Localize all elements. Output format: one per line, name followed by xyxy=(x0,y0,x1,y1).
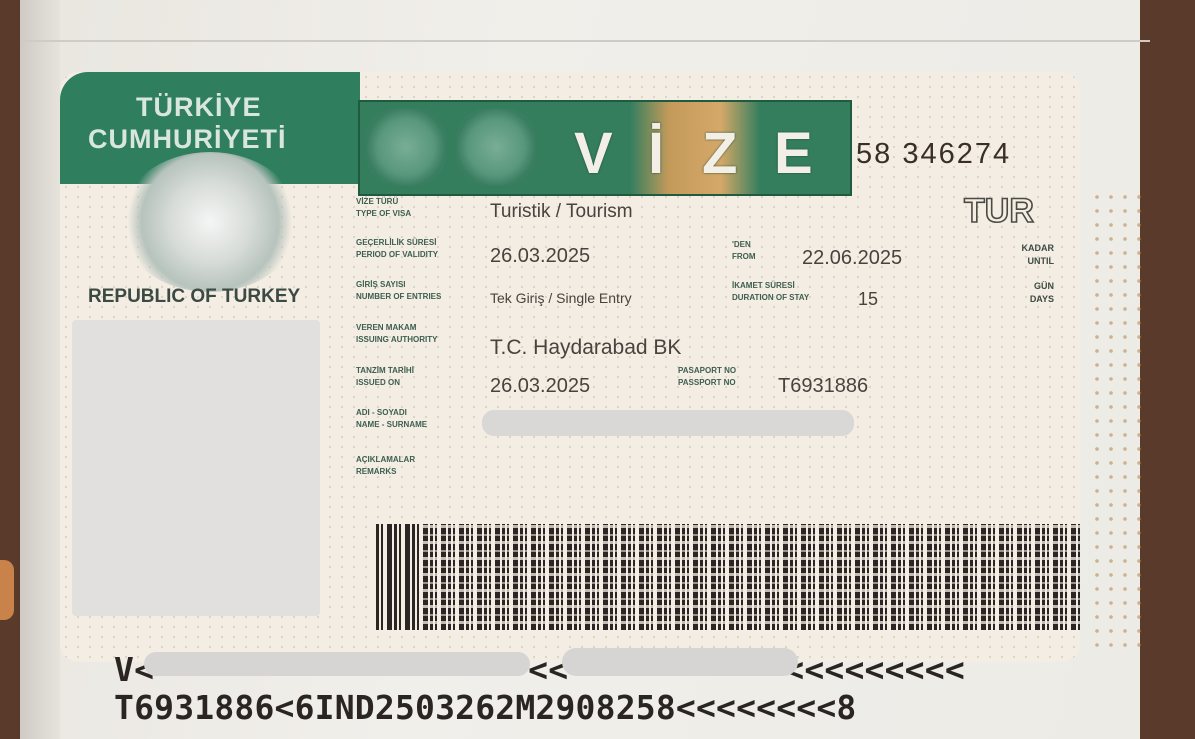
from-label-tr: 'DEN xyxy=(732,239,756,251)
finger-edge xyxy=(0,560,14,620)
mrz-line1-suffix: <<<<<<<<< xyxy=(784,650,965,689)
page-gutter xyxy=(20,0,60,739)
days-label-en: DAYS xyxy=(1030,293,1054,306)
vize-title-strip: V İ Z E xyxy=(358,100,852,196)
country-name-english: REPUBLIC OF TURKEY xyxy=(88,286,300,308)
country-name-line2: CUMHURİYETİ xyxy=(88,124,287,155)
authority-value: T.C. Haydarabad BK xyxy=(490,336,681,360)
vize-letter-v: V xyxy=(574,120,615,187)
until-label-en: UNTIL xyxy=(1022,255,1055,268)
entries-label-en: NUMBER OF ENTRIES xyxy=(356,291,441,303)
country-name-line1: TÜRKİYE xyxy=(136,92,262,123)
passport-no-label-en: PASSPORT NO xyxy=(678,377,736,389)
issued-on-label-en: ISSUED ON xyxy=(356,377,414,389)
validity-label-tr: GEÇERLİLİK SÜRESİ xyxy=(356,237,438,249)
duration-value: 15 xyxy=(858,289,878,310)
issued-on-label-tr: TANZİM TARİHİ xyxy=(356,365,414,377)
passport-no-label-tr: PASAPORT NO xyxy=(678,365,736,377)
until-label-tr: KADAR xyxy=(1022,242,1055,255)
visa-type-label-tr: VİZE TÜRÜ xyxy=(356,196,411,208)
duration-label-tr: İKAMET SÜRESİ xyxy=(732,280,809,292)
remarks-label-tr: AÇIKLAMALAR xyxy=(356,454,415,466)
validity-label-en: PERIOD OF VALIDITY xyxy=(356,249,438,261)
2d-barcode xyxy=(376,524,1080,630)
passport-no-value: T6931886 xyxy=(778,375,868,398)
ornament-icon xyxy=(366,108,446,186)
entries-value: Tek Giriş / Single Entry xyxy=(490,290,632,306)
days-label-tr: GÜN xyxy=(1030,280,1054,293)
mrz-given-name-redacted xyxy=(562,648,798,676)
from-label-en: FROM xyxy=(732,251,756,263)
entries-label-tr: GİRİŞ SAYISI xyxy=(356,279,441,291)
mrz-line-2: T6931886<6IND2503262M2908258<<<<<<<<8 xyxy=(114,688,857,727)
page-fold-line xyxy=(20,40,1150,42)
from-value: 22.06.2025 xyxy=(802,247,902,270)
duration-label-en: DURATION OF STAY xyxy=(732,292,809,304)
passport-page: TÜRKİYE CUMHURİYETİ V İ Z E 58 346274 TU… xyxy=(20,0,1140,739)
visa-sticker: TÜRKİYE CUMHURİYETİ V İ Z E 58 346274 TU… xyxy=(60,72,1080,662)
name-redacted xyxy=(482,410,854,436)
mrz-surname-redacted xyxy=(144,652,530,676)
name-label-en: NAME - SURNAME xyxy=(356,419,427,431)
emblem-hologram-icon xyxy=(120,152,300,292)
vize-letter-z: Z xyxy=(702,120,739,187)
authority-label-tr: VEREN MAKAM xyxy=(356,322,437,334)
name-label-tr: ADI - SOYADI xyxy=(356,407,427,419)
issued-on-value: 26.03.2025 xyxy=(490,375,590,398)
barcode-pattern xyxy=(422,524,1080,630)
perforation-dots xyxy=(1090,190,1150,650)
vize-letter-i: İ xyxy=(648,120,666,187)
remarks-label-en: REMARKS xyxy=(356,466,415,478)
photo-redacted xyxy=(72,320,320,616)
authority-label-en: ISSUING AUTHORITY xyxy=(356,334,437,346)
visa-type-label-en: TYPE OF VISA xyxy=(356,208,411,220)
visa-serial-number: 58 346274 xyxy=(856,138,1011,171)
visa-type-value: Turistik / Tourism xyxy=(490,201,633,223)
country-code: TUR xyxy=(964,192,1034,231)
vize-letter-e: E xyxy=(774,120,815,187)
validity-value: 26.03.2025 xyxy=(490,245,590,268)
ornament-icon xyxy=(456,108,536,186)
